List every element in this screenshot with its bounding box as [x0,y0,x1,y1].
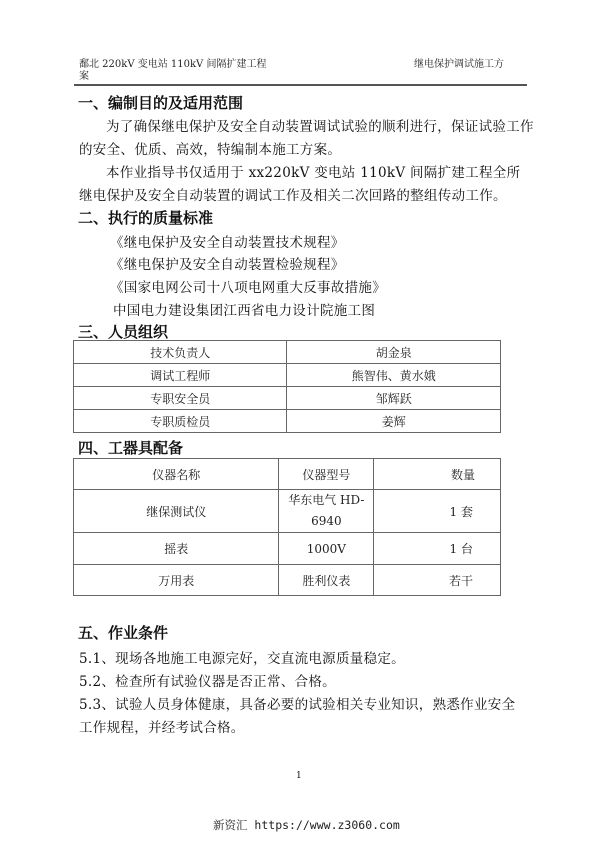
quantity-cell: 1 台 [374,533,501,565]
quantity-cell: 1 套 [374,490,501,533]
section-3-title: 三、人员组织 [78,321,168,342]
name-cell: 邹辉跃 [287,387,501,410]
table-row: 继保测试仪 华东电气 HD- 6940 1 套 [74,490,501,533]
section-1-paragraph-1-line-1: 为了确保继电保护及安全自动装置调试试验的顺利进行，保证试验工作 [106,115,534,135]
section-2-title: 二、执行的质量标准 [78,207,213,228]
page-number: 1 [296,771,302,781]
name-cell: 胡金泉 [287,341,501,364]
instrument-name-cell: 继保测试仪 [74,490,279,533]
condition-item: 5.2、检查所有试验仪器是否正常、合格。 [79,670,336,690]
instrument-model-cell: 胜利仪表 [279,565,374,596]
header-left-line2: 案 [79,70,89,84]
section-1-paragraph-2-line-1: 本作业指导书仅适用于 xx220kV 变电站 110kV 间隔扩建工程全所 [106,161,520,181]
table-row: 调试工程师 熊智伟、黄水娥 [74,364,501,387]
table-row: 万用表 胜利仪表 若干 [74,565,501,596]
personnel-table: 技术负责人 胡金泉 调试工程师 熊智伟、黄水娥 专职安全员 邹辉跃 专职质检员 … [73,340,501,433]
table-header-row: 仪器名称 仪器型号 数量 [74,459,501,490]
header-left-line1: 鄱北 220kV 变电站 110kV 间隔扩建工程 [79,58,266,72]
source-watermark: 新资汇 https://www.z3060.com [213,817,400,833]
equipment-table: 仪器名称 仪器型号 数量 继保测试仪 华东电气 HD- 6940 1 套 摇表 … [73,458,501,596]
condition-item: 5.3、试验人员身体健康，具备必要的试验相关专业知识，熟悉作业安全 [79,693,515,713]
table-row: 摇表 1000V 1 台 [74,533,501,565]
table-row: 专职质检员 姜辉 [74,410,501,433]
quantity-cell: 若干 [374,565,501,596]
instrument-model-cell: 华东电气 HD- 6940 [279,490,374,533]
instrument-name-cell: 万用表 [74,565,279,596]
condition-item-continuation: 工作规程，并经考试合格。 [79,716,245,736]
header-cell: 数量 [374,459,501,490]
header-right: 继电保护调试施工方 [414,58,504,72]
name-cell: 熊智伟、黄水娥 [287,364,501,387]
name-cell: 姜辉 [287,410,501,433]
section-1-title: 一、编制目的及适用范围 [78,92,243,113]
section-5-title: 五、作业条件 [78,622,168,643]
standard-item: 《国家电网公司十八项电网重大反事故措施》 [110,276,386,296]
instrument-name-cell: 摇表 [74,533,279,565]
standard-item: 中国电力建设集团江西省电力设计院施工图 [113,299,375,319]
instrument-model-cell: 1000V [279,533,374,565]
header-divider [74,84,527,86]
standard-item: 《继电保护及安全自动装置检验规程》 [110,253,345,273]
role-cell: 调试工程师 [74,364,287,387]
table-row: 技术负责人 胡金泉 [74,341,501,364]
header-cell: 仪器名称 [74,459,279,490]
model-line-2: 6940 [279,511,373,532]
header-cell: 仪器型号 [279,459,374,490]
role-cell: 专职质检员 [74,410,287,433]
condition-item: 5.1、现场各地施工电源完好，交直流电源质量稳定。 [79,647,405,667]
section-1-paragraph-1-line-2: 的安全、优质、高效，特编制本施工方案。 [79,138,341,158]
role-cell: 技术负责人 [74,341,287,364]
section-4-title: 四、工器具配备 [78,437,183,458]
section-1-paragraph-2-line-2: 继电保护及安全自动装置的调试工作及相关二次回路的整组传动工作。 [79,184,507,204]
standard-item: 《继电保护及安全自动装置技术规程》 [110,231,345,251]
role-cell: 专职安全员 [74,387,287,410]
table-row: 专职安全员 邹辉跃 [74,387,501,410]
model-line-1: 华东电气 HD- [279,490,373,511]
